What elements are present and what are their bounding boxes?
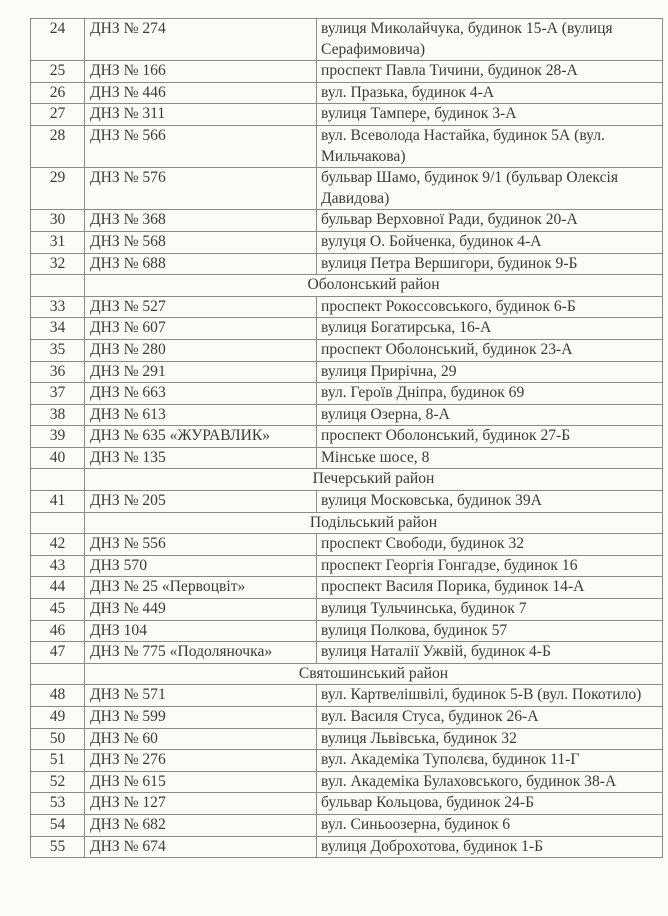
table-row: 46ДНЗ 104вулиця Полкова, будинок 57: [31, 620, 663, 642]
table-row: 55ДНЗ № 674вулиця Доброхотова, будинок 1…: [31, 836, 663, 858]
district-label: Подільський район: [85, 512, 663, 534]
table-row: 36ДНЗ № 291вулиця Прирічна, 29: [31, 361, 663, 383]
row-number: 42: [31, 534, 85, 556]
row-number: 36: [31, 361, 85, 383]
kindergarten-address: вулуця О. Бойченка, будинок 4-А: [317, 231, 663, 253]
kindergarten-name: ДНЗ № 775 «Подоляночка»: [85, 642, 317, 664]
kindergarten-name: ДНЗ № 527: [85, 296, 317, 318]
kindergarten-address: проспект Василя Порика, будинок 14-А: [317, 577, 663, 599]
kindergarten-address: проспект Оболонський, будинок 23-А: [317, 339, 663, 361]
district-header-row: Святошинський район: [31, 663, 663, 685]
district-row-number-cell: [31, 663, 85, 685]
district-header-row: Оболонський район: [31, 275, 663, 297]
row-number: 52: [31, 771, 85, 793]
kindergarten-name: ДНЗ № 25 «Первоцвіт»: [85, 577, 317, 599]
kindergarten-name: ДНЗ № 571: [85, 685, 317, 707]
district-row-number-cell: [31, 275, 85, 297]
table-row: 52ДНЗ № 615вул. Академіка Булаховського,…: [31, 771, 663, 793]
kindergarten-address: вул. Синьоозерна, будинок 6: [317, 814, 663, 836]
table-row: 33ДНЗ № 527проспект Рокоссовського, буди…: [31, 296, 663, 318]
table-row: 44ДНЗ № 25 «Первоцвіт»проспект Василя По…: [31, 577, 663, 599]
table-row: 41ДНЗ № 205вулиця Московська, будинок 39…: [31, 491, 663, 513]
row-number: 27: [31, 104, 85, 126]
table-row: 30ДНЗ № 368бульвар Верховної Ради, будин…: [31, 210, 663, 232]
row-number: 51: [31, 750, 85, 772]
kindergarten-name: ДНЗ № 368: [85, 210, 317, 232]
row-number: 50: [31, 728, 85, 750]
kindergarten-name: ДНЗ № 663: [85, 383, 317, 405]
kindergarten-address: вул. Картвелішвілі, будинок 5-В (вул. По…: [317, 685, 663, 707]
kindergarten-name: ДНЗ № 446: [85, 82, 317, 104]
kindergarten-name: ДНЗ 570: [85, 555, 317, 577]
table-row: 34ДНЗ № 607вулиця Богатирська, 16-А: [31, 318, 663, 340]
row-number: 53: [31, 793, 85, 815]
kindergarten-name: ДНЗ № 556: [85, 534, 317, 556]
row-number: 47: [31, 642, 85, 664]
row-number: 46: [31, 620, 85, 642]
kindergarten-address: вул. Академіка Туполєва, будинок 11-Г: [317, 750, 663, 772]
row-number: 30: [31, 210, 85, 232]
kindergarten-address: вулиця Петра Вершигори, будинок 9-Б: [317, 253, 663, 275]
kindergarten-name: ДНЗ № 205: [85, 491, 317, 513]
kindergarten-address: проспект Оболонський, будинок 27-Б: [317, 426, 663, 448]
table-row: 43ДНЗ 570проспект Георгія Гонгадзе, буди…: [31, 555, 663, 577]
table-row: 27ДНЗ № 311вулиця Тампере, будинок 3-А: [31, 104, 663, 126]
kindergarten-name: ДНЗ № 568: [85, 231, 317, 253]
kindergarten-address: вулиця Доброхотова, будинок 1-Б: [317, 836, 663, 858]
table-row: 53ДНЗ № 127бульвар Кольцова, будинок 24-…: [31, 793, 663, 815]
row-number: 26: [31, 82, 85, 104]
row-number: 29: [31, 168, 85, 210]
kindergarten-address: вулиця Богатирська, 16-А: [317, 318, 663, 340]
kindergarten-address: вулиця Московська, будинок 39А: [317, 491, 663, 513]
kindergarten-name: ДНЗ № 311: [85, 104, 317, 126]
row-number: 39: [31, 426, 85, 448]
kindergarten-address: вулиця Львівська, будинок 32: [317, 728, 663, 750]
row-number: 43: [31, 555, 85, 577]
row-number: 25: [31, 61, 85, 83]
table-row: 48ДНЗ № 571вул. Картвелішвілі, будинок 5…: [31, 685, 663, 707]
kindergarten-name: ДНЗ № 682: [85, 814, 317, 836]
kindergarten-address: вулиця Тульчинська, будинок 7: [317, 599, 663, 621]
table-row: 54ДНЗ № 682вул. Синьоозерна, будинок 6: [31, 814, 663, 836]
district-label: Святошинський район: [85, 663, 663, 685]
kindergarten-name: ДНЗ № 674: [85, 836, 317, 858]
row-number: 38: [31, 404, 85, 426]
kindergarten-name: ДНЗ № 276: [85, 750, 317, 772]
row-number: 54: [31, 814, 85, 836]
kindergarten-address: вулиця Озерна, 8-А: [317, 404, 663, 426]
row-number: 31: [31, 231, 85, 253]
table-body: 24ДНЗ № 274вулиця Миколайчука, будинок 1…: [31, 19, 663, 858]
kindergarten-address: вул. Празька, будинок 4-А: [317, 82, 663, 104]
row-number: 35: [31, 339, 85, 361]
table-row: 49ДНЗ № 599вул. Василя Стуса, будинок 26…: [31, 707, 663, 729]
row-number: 41: [31, 491, 85, 513]
row-number: 49: [31, 707, 85, 729]
row-number: 55: [31, 836, 85, 858]
kindergarten-name: ДНЗ 104: [85, 620, 317, 642]
kindergarten-address: проспект Павла Тичини, будинок 28-А: [317, 61, 663, 83]
row-number: 28: [31, 125, 85, 167]
table-row: 28ДНЗ № 566вул. Всеволода Настайка, буди…: [31, 125, 663, 167]
table-row: 38ДНЗ № 613вулиця Озерна, 8-А: [31, 404, 663, 426]
kindergarten-address-table: 24ДНЗ № 274вулиця Миколайчука, будинок 1…: [30, 18, 663, 858]
kindergarten-address: бульвар Кольцова, будинок 24-Б: [317, 793, 663, 815]
kindergarten-name: ДНЗ № 280: [85, 339, 317, 361]
table-row: 25ДНЗ № 166проспект Павла Тичини, будино…: [31, 61, 663, 83]
kindergarten-name: ДНЗ № 613: [85, 404, 317, 426]
kindergarten-name: ДНЗ № 576: [85, 168, 317, 210]
row-number: 40: [31, 447, 85, 469]
kindergarten-name: ДНЗ № 274: [85, 19, 317, 61]
kindergarten-address: проспект Рокоссовського, будинок 6-Б: [317, 296, 663, 318]
table-row: 32ДНЗ № 688вулиця Петра Вершигори, будин…: [31, 253, 663, 275]
kindergarten-address: вул. Всеволода Настайка, будинок 5А (вул…: [317, 125, 663, 167]
kindergarten-name: ДНЗ № 166: [85, 61, 317, 83]
kindergarten-name: ДНЗ № 599: [85, 707, 317, 729]
kindergarten-address: проспект Георгія Гонгадзе, будинок 16: [317, 555, 663, 577]
table-row: 35ДНЗ № 280проспект Оболонський, будинок…: [31, 339, 663, 361]
kindergarten-address: вулиця Тампере, будинок 3-А: [317, 104, 663, 126]
table-row: 31ДНЗ № 568вулуця О. Бойченка, будинок 4…: [31, 231, 663, 253]
kindergarten-address: вулиця Миколайчука, будинок 15-А (вулиця…: [317, 19, 663, 61]
table-row: 24ДНЗ № 274вулиця Миколайчука, будинок 1…: [31, 19, 663, 61]
table-row: 40ДНЗ № 135Мінське шосе, 8: [31, 447, 663, 469]
kindergarten-name: ДНЗ № 135: [85, 447, 317, 469]
kindergarten-address: проспект Свободи, будинок 32: [317, 534, 663, 556]
kindergarten-name: ДНЗ № 60: [85, 728, 317, 750]
kindergarten-name: ДНЗ № 449: [85, 599, 317, 621]
kindergarten-address: бульвар Верховної Ради, будинок 20-А: [317, 210, 663, 232]
kindergarten-name: ДНЗ № 635 «ЖУРАВЛИК»: [85, 426, 317, 448]
district-header-row: Печерський район: [31, 469, 663, 491]
kindergarten-address: вулиця Полкова, будинок 57: [317, 620, 663, 642]
table-row: 51ДНЗ № 276вул. Академіка Туполєва, буди…: [31, 750, 663, 772]
table-row: 39ДНЗ № 635 «ЖУРАВЛИК»проспект Оболонськ…: [31, 426, 663, 448]
row-number: 48: [31, 685, 85, 707]
row-number: 24: [31, 19, 85, 61]
table-row: 29ДНЗ № 576бульвар Шамо, будинок 9/1 (бу…: [31, 168, 663, 210]
kindergarten-name: ДНЗ № 615: [85, 771, 317, 793]
kindergarten-address: Мінське шосе, 8: [317, 447, 663, 469]
kindergarten-address: бульвар Шамо, будинок 9/1 (бульвар Олекс…: [317, 168, 663, 210]
kindergarten-name: ДНЗ № 688: [85, 253, 317, 275]
row-number: 33: [31, 296, 85, 318]
table-row: 26ДНЗ № 446вул. Празька, будинок 4-А: [31, 82, 663, 104]
district-header-row: Подільський район: [31, 512, 663, 534]
district-label: Оболонський район: [85, 275, 663, 297]
district-row-number-cell: [31, 512, 85, 534]
row-number: 44: [31, 577, 85, 599]
kindergarten-address: вул. Героїв Дніпра, будинок 69: [317, 383, 663, 405]
table-row: 50ДНЗ № 60вулиця Львівська, будинок 32: [31, 728, 663, 750]
kindergarten-name: ДНЗ № 607: [85, 318, 317, 340]
district-label: Печерський район: [85, 469, 663, 491]
kindergarten-address: вул. Академіка Булаховського, будинок 38…: [317, 771, 663, 793]
row-number: 45: [31, 599, 85, 621]
table-row: 47ДНЗ № 775 «Подоляночка»вулиця Наталії …: [31, 642, 663, 664]
table-row: 37ДНЗ № 663вул. Героїв Дніпра, будинок 6…: [31, 383, 663, 405]
row-number: 32: [31, 253, 85, 275]
row-number: 37: [31, 383, 85, 405]
kindergarten-name: ДНЗ № 566: [85, 125, 317, 167]
kindergarten-name: ДНЗ № 291: [85, 361, 317, 383]
row-number: 34: [31, 318, 85, 340]
kindergarten-address: вул. Василя Стуса, будинок 26-А: [317, 707, 663, 729]
kindergarten-address: вулиця Наталії Ужвій, будинок 4-Б: [317, 642, 663, 664]
kindergarten-address: вулиця Прирічна, 29: [317, 361, 663, 383]
kindergarten-name: ДНЗ № 127: [85, 793, 317, 815]
table-row: 45ДНЗ № 449вулиця Тульчинська, будинок 7: [31, 599, 663, 621]
district-row-number-cell: [31, 469, 85, 491]
table-row: 42ДНЗ № 556проспект Свободи, будинок 32: [31, 534, 663, 556]
